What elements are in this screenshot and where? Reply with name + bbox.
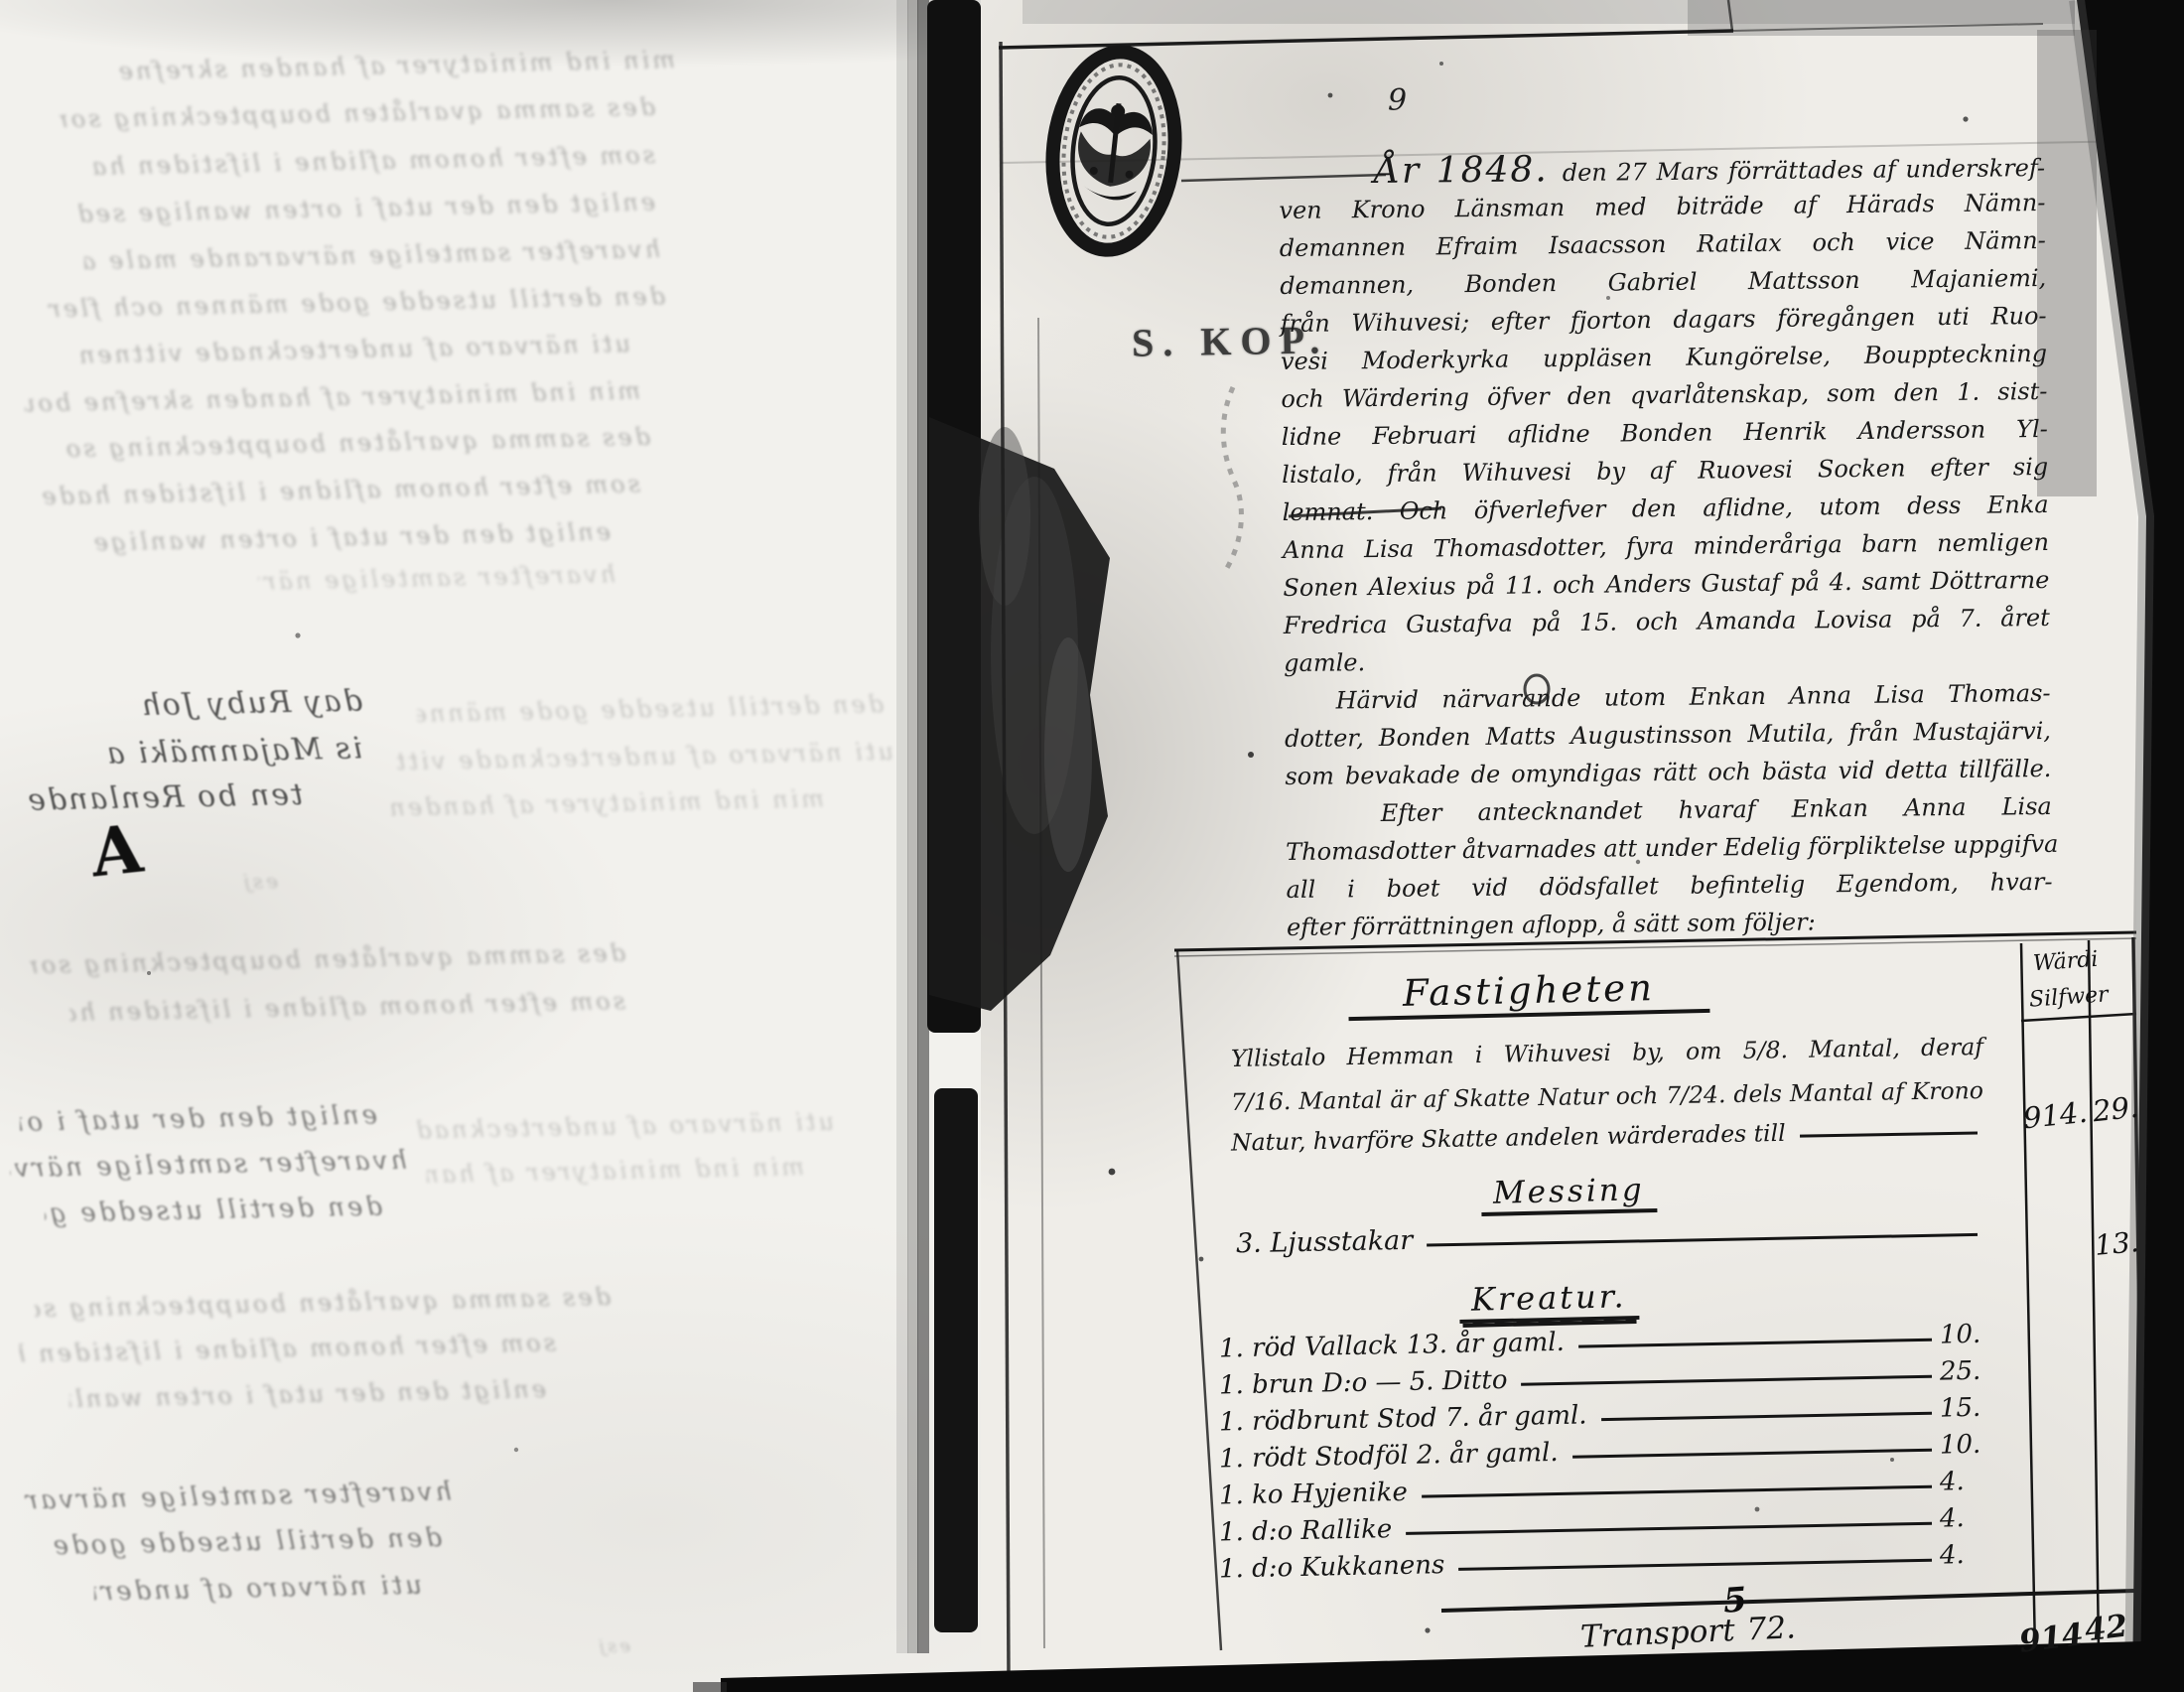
bleed-through-line: uti närvaro af undertecknade vittnen af [397,738,893,775]
item-value: 15. [1940,1392,2000,1423]
body-line: all i boet vid dödsfallet befintelig Ege… [1286,863,2052,909]
bleed-through-line: des samma qvarlåten bouppteckning som [60,93,655,134]
bleed-through-line: uti närvaro af undertecknade vittnen af [94,1571,423,1608]
item-value: 10. [1940,1319,2000,1349]
bleed-through-line: enligt den der utaf i orten wanlige sed [94,518,611,557]
ledger-rule [1800,1132,1978,1138]
item-text: 1. d:o Rallike [1219,1514,1393,1547]
bleed-through-line: esj [571,1635,630,1657]
item-value: 10. [1940,1429,2000,1460]
ledger-rule [1427,1233,1978,1247]
margin-letter-A: A [87,810,146,893]
flourish-mark: 9 [1388,83,1407,118]
item-text: 1. brun D:o — 5. Ditto [1219,1365,1508,1401]
bleed-through-line: den dertill utsedde gode männen och fler [417,690,884,728]
ledger-rule [1522,1375,1933,1386]
fastigheten-value-kopek: 29. [2091,1090,2139,1129]
year-phrase: År 1848. [1374,149,1563,192]
item-value: 25. [1940,1355,2000,1386]
section-title-kreatur: Kreatur. [1459,1277,1640,1324]
ledger-rule [1578,1339,1932,1348]
value-column-header-line1: Wärdi [2032,947,2099,977]
transport-kopek: 42 [2083,1609,2129,1649]
bleed-through-line: den dertill utsedde gode männen och fler [30,282,665,323]
transport-amount: 72. [1746,1610,1797,1647]
bleed-through-line: min ind miniatyrer af handen skrefne bou [377,784,824,821]
ledger-rule [1422,1485,1932,1498]
item-value: 4. [1940,1466,2000,1496]
bleed-through-line: uti närvaro af undertecknade vittnen af [417,1108,834,1145]
body-line-text: den 27 Mars förrättades af underskref- [1563,154,2046,187]
item-value: 4. [1940,1539,2000,1570]
bleed-through-line: des samma qvarlåten bouppteckning som [65,423,650,463]
bleed-through-line: des samma qvarlåten bouppteckning som [35,1283,611,1323]
bleed-through-line: hvarefter samtelige närvarande male an [84,235,660,275]
bleed-through-line: min ind miniatyrer af handen skrefne bou [427,1153,805,1189]
bleed-through-line: esj [189,869,278,895]
annotation-line: ten bo Renlande [5,777,304,818]
section-title-fastigheten: Fastigheten [1348,965,1710,1021]
bleed-through-line: den dertill utsedde gode männen och fler [55,1523,443,1561]
transport-label: Transport [1579,1613,1735,1655]
bleed-through-line: som efter honom aflidne i lifstiden hade [69,987,625,1027]
messing-value-kopek: 13. [2094,1225,2140,1262]
bleed-through-line: min ind miniatyrer af handen skrefne bou [119,46,675,85]
scanned-document-page: { "left_page": { "margin_letter": "A", "… [0,0,2184,1692]
bleed-through-line: hvarefter samtelige närvarande male an [258,560,616,596]
bleed-through-line: min ind miniatyrer af handen skrefne bou [25,377,640,418]
item-text: 3. Ljusstakar [1236,1225,1414,1259]
bleed-through-line: hvarefter samtelige närvarande male an [25,1478,453,1516]
bleed-through-line: hvarefter samtelige närvarande male an [10,1146,408,1184]
fastigheten-value-rubel: 914. [2021,1095,2089,1136]
left-page: min ind miniatyrer af handen skrefne bou… [0,0,928,1692]
item-value: 4. [1940,1502,2000,1533]
body-line: efter förrättningen aflopp, å sätt som f… [1287,901,2053,946]
bleed-through-line: uti närvaro af undertecknade vittnen af [74,330,630,369]
bleed-through-line: enligt den der utaf i orten wanlige sed [40,189,655,229]
annotation-line: is Majanmäki a [15,731,363,773]
annotation-line: day Ruby Joh [25,683,363,725]
ledger-rule [1601,1412,1932,1421]
bleed-through-line: som efter honom aflidne i lifstiden hade [89,141,655,181]
ledger-rule [1406,1522,1932,1535]
item-text: 1. ko Hyjenike [1219,1478,1408,1511]
bleed-through-line: som efter honom aflidne i lifstiden hade [20,1329,556,1367]
bleed-through-line: enligt den der utaf i orten wanlige sed [20,1100,378,1138]
section-title-messing: Messing [1481,1172,1658,1216]
bleed-through-line: den dertill utsedde gode männen och fler [45,1192,383,1228]
item-text: 1. d:o Kukkanens [1219,1550,1445,1584]
ledger-rule [1572,1449,1932,1459]
bleed-through-line: des samma qvarlåten bouppteckning som [30,939,625,980]
bleed-through-line: som efter honom aflidne i lifstiden hade [15,470,640,510]
body-text: År 1848.den 27 Mars förrättades af under… [1279,146,2053,946]
body-line: Fredrica Gustafva på 15. och Amanda Lovi… [1284,599,2050,644]
ledger-rule [1458,1559,1932,1571]
bleed-through-line: enligt den der utaf i orten wanlige sed [69,1375,546,1413]
